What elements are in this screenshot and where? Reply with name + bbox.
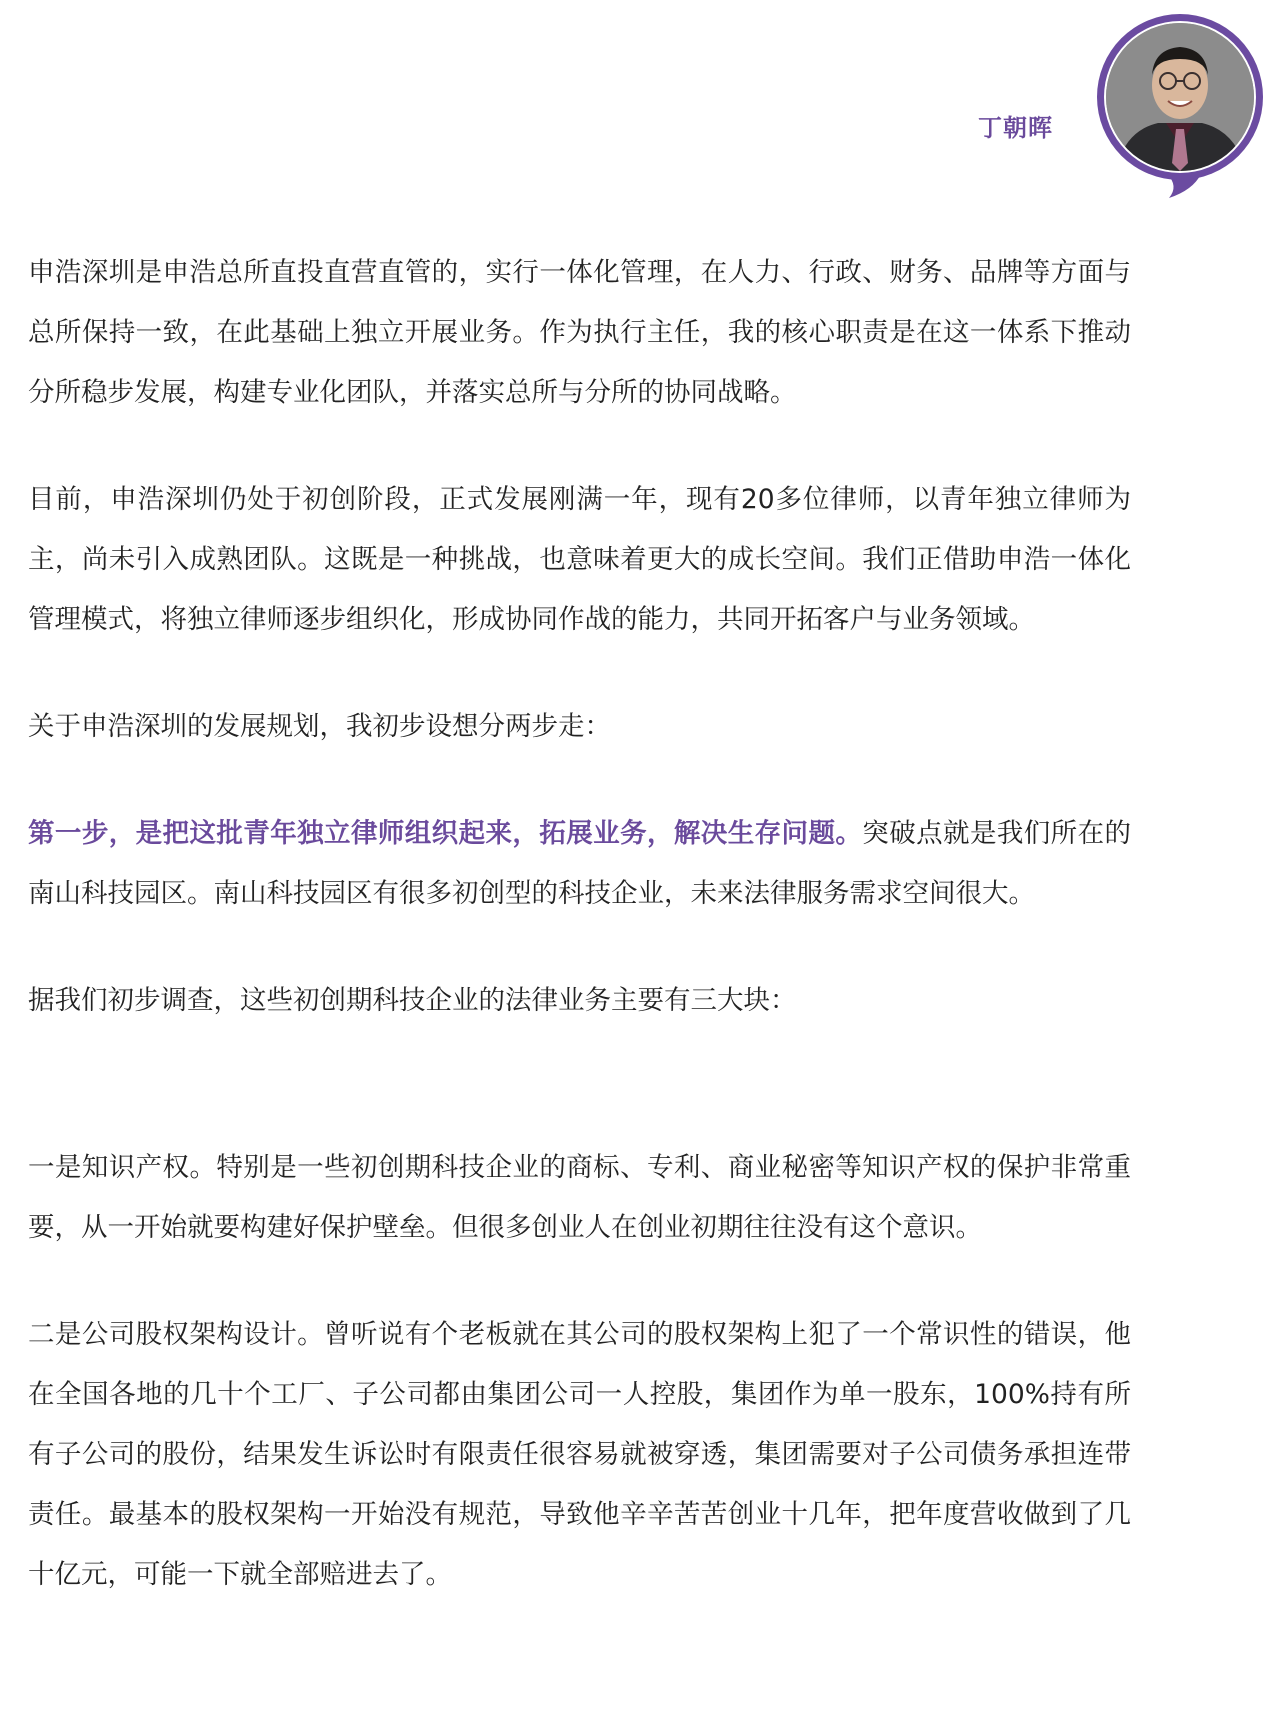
- paragraph: 据我们初步调查，这些初创期科技企业的法律业务主要有三大块：: [28, 971, 1131, 1031]
- highlighted-text: 第一步，是把这批青年独立律师组织起来，拓展业务，解决生存问题。: [28, 818, 862, 849]
- paragraph: 目前，申浩深圳仍处于初创阶段，正式发展刚满一年，现有20多位律师，以青年独立律师…: [28, 470, 1131, 650]
- paragraph: 二是公司股权架构设计。曾听说有个老板就在其公司的股权架构上犯了一个常识性的错误，…: [28, 1305, 1131, 1605]
- paragraph: 关于申浩深圳的发展规划，我初步设想分两步走：: [28, 697, 1131, 757]
- paragraph-text: 一是知识产权。特别是一些初创期科技企业的商标、专利、商业秘密等知识产权的保护非常…: [28, 1152, 1131, 1243]
- portrait-photo: [1106, 23, 1254, 171]
- paragraph-text: 目前，申浩深圳仍处于初创阶段，正式发展刚满一年，现有20多位律师，以青年独立律师…: [28, 484, 1131, 635]
- paragraph-text: 二是公司股权架构设计。曾听说有个老板就在其公司的股权架构上犯了一个常识性的错误，…: [28, 1319, 1131, 1590]
- paragraph: 一是知识产权。特别是一些初创期科技企业的商标、专利、商业秘密等知识产权的保护非常…: [28, 1138, 1131, 1258]
- paragraph: 第一步，是把这批青年独立律师组织起来，拓展业务，解决生存问题。突破点就是我们所在…: [28, 804, 1131, 924]
- avatar: [1097, 14, 1265, 200]
- person-portrait-icon: [1106, 23, 1254, 171]
- author-header: 丁朝晖: [0, 0, 1284, 200]
- author-name: 丁朝晖: [978, 108, 1053, 143]
- paragraph-text: 关于申浩深圳的发展规划，我初步设想分两步走：: [28, 711, 611, 742]
- paragraph-text: 申浩深圳是申浩总所直投直营直管的，实行一体化管理，在人力、行政、财务、品牌等方面…: [28, 257, 1131, 408]
- paragraph-text: 据我们初步调查，这些初创期科技企业的法律业务主要有三大块：: [28, 985, 797, 1016]
- article-body: 申浩深圳是申浩总所直投直营直管的，实行一体化管理，在人力、行政、财务、品牌等方面…: [28, 243, 1131, 1605]
- paragraph: 申浩深圳是申浩总所直投直营直管的，实行一体化管理，在人力、行政、财务、品牌等方面…: [28, 243, 1131, 423]
